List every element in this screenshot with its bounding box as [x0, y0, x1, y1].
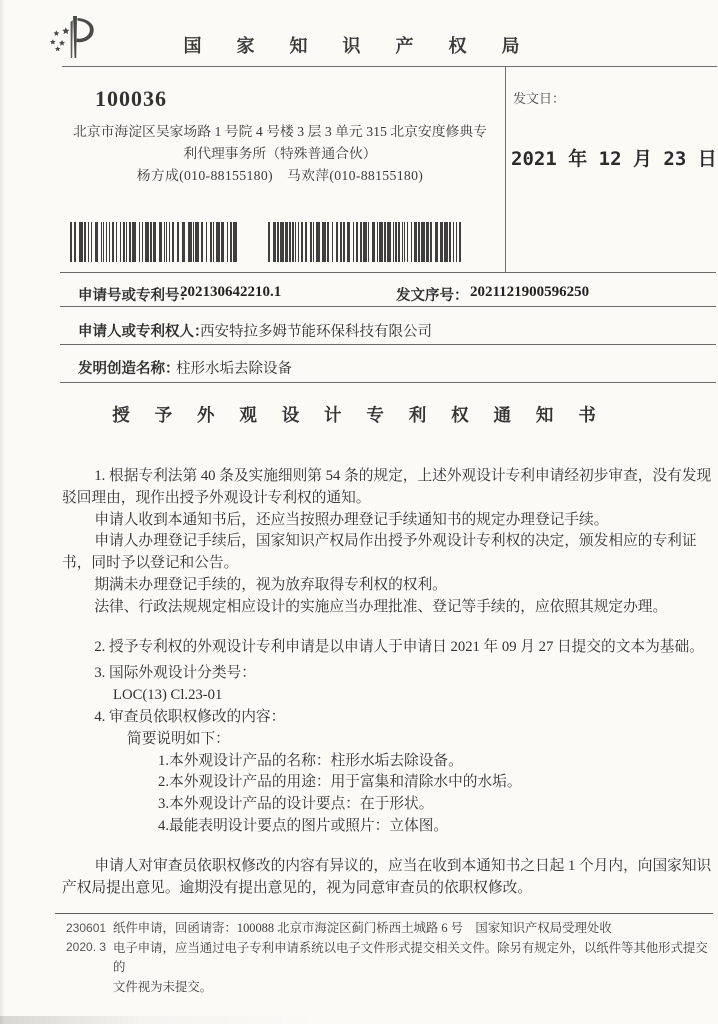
form-version: 2020. 3	[66, 938, 106, 957]
agent-contacts: 杨方成(010-88155180) 马欢萍(010-88155180)	[68, 165, 492, 187]
agency-header-title: 国 家 知 识 产 权 局	[0, 32, 718, 58]
brief-item: 3.本外观设计产品的设计要点：在于形状。	[62, 794, 712, 816]
footer-line: 纸件申请，回函请寄：100088 北京市海淀区蓟门桥西土城路 6 号 国家知识产…	[113, 919, 715, 939]
footer-instructions: 纸件申请，回函请寄：100088 北京市海淀区蓟门桥西土城路 6 号 国家知识产…	[113, 919, 715, 997]
footer-line: 文件视为未提交。	[113, 978, 715, 998]
body-paragraph: 法律、行政法规规定相应设计的实施应当办理批准、登记等手续的，应依照其规定办理。	[62, 597, 712, 619]
invention-title-label: 发明创造名称：	[78, 357, 180, 378]
body-paragraph: 申请人办理登记手续后，国家知识产权局作出授予外观设计专利权的决定，颁发相应的专利…	[62, 531, 712, 575]
form-code: 230601	[66, 919, 106, 938]
body-paragraph: 2. 授予专利权的外观设计专利申请是以申请人于申请日 2021 年 09 月 2…	[62, 637, 712, 659]
body-paragraph: 简要说明如下：	[62, 729, 712, 751]
applicant-value: 西安特拉多姆节能环保科技有限公司	[200, 320, 432, 341]
address-line-1: 北京市海淀区吴家场路 1 号院 4 号楼 3 层 3 单元 315 北京安度修典…	[68, 121, 492, 143]
table-rule	[60, 272, 716, 273]
applicant-label: 申请人或专利权人：	[78, 320, 209, 341]
application-number-value: 202130642210.1	[180, 284, 281, 301]
header-divider	[62, 66, 717, 67]
barcode-left	[70, 222, 240, 262]
footer-line: 电子申请，应当通过电子专利申请系统以电子文件形式提交相关文件。除另有规定外，以纸…	[113, 939, 715, 978]
loc-classification: LOC(13) Cl.23-01	[62, 685, 712, 707]
recipient-address-block: 北京市海淀区吴家场路 1 号院 4 号楼 3 层 3 单元 315 北京安度修典…	[68, 121, 492, 187]
body-paragraph: 申请人收到本通知书后，还应当按照办理登记手续通知书的规定办理登记手续。	[62, 510, 712, 532]
body-paragraph: 期满未办理登记手续的，视为放弃取得专利权的权利。	[62, 575, 712, 597]
dispatch-date-label: 发文日：	[513, 88, 565, 107]
body-paragraph: 1. 根据专利法第 40 条及实施细则第 54 条的规定，上述外观设计专利申请经…	[62, 466, 712, 510]
application-number-label: 申请号或专利号：	[78, 284, 194, 305]
invention-title-value: 柱形水垢去除设备	[176, 357, 292, 378]
notice-body: 1. 根据专利法第 40 条及实施细则第 54 条的规定，上述外观设计专利申请经…	[62, 466, 712, 899]
address-line-2: 利代理事务所（特殊普通合伙）	[68, 143, 492, 165]
dispatch-serial-label: 发文序号：	[396, 284, 469, 305]
body-paragraph: 3. 国际外观设计分类号：	[62, 663, 712, 685]
brief-item: 1.本外观设计产品的名称：柱形水垢去除设备。	[62, 751, 712, 773]
patent-notice-document: 国 家 知 识 产 权 局 100036 北京市海淀区吴家场路 1 号院 4 号…	[0, 0, 718, 1024]
brief-item: 4.最能表明设计要点的图片或照片：立体图。	[62, 816, 712, 838]
footer-divider	[55, 913, 713, 914]
body-paragraph: 申请人对审查员依职权修改的内容有异议的，应当在收到本通知书之日起 1 个月内，向…	[62, 856, 712, 900]
document-title: 授 予 外 观 设 计 专 利 权 通 知 书	[0, 402, 718, 427]
dispatch-serial-value: 2021121900596250	[470, 284, 589, 301]
table-rule	[60, 306, 716, 307]
vertical-divider	[505, 66, 506, 272]
postal-code: 100036	[95, 86, 167, 112]
barcode-right	[268, 222, 465, 262]
dispatch-date-stamp: 2021 年 12 月 23 日	[511, 144, 717, 171]
body-paragraph: 4. 审查员依职权修改的内容：	[62, 707, 712, 729]
footer-form-codes: 230601 2020. 3	[66, 919, 106, 957]
brief-item: 2.本外观设计产品的用途：用于富集和清除水中的水垢。	[62, 772, 712, 794]
table-rule	[60, 344, 716, 345]
table-rule	[60, 382, 716, 383]
